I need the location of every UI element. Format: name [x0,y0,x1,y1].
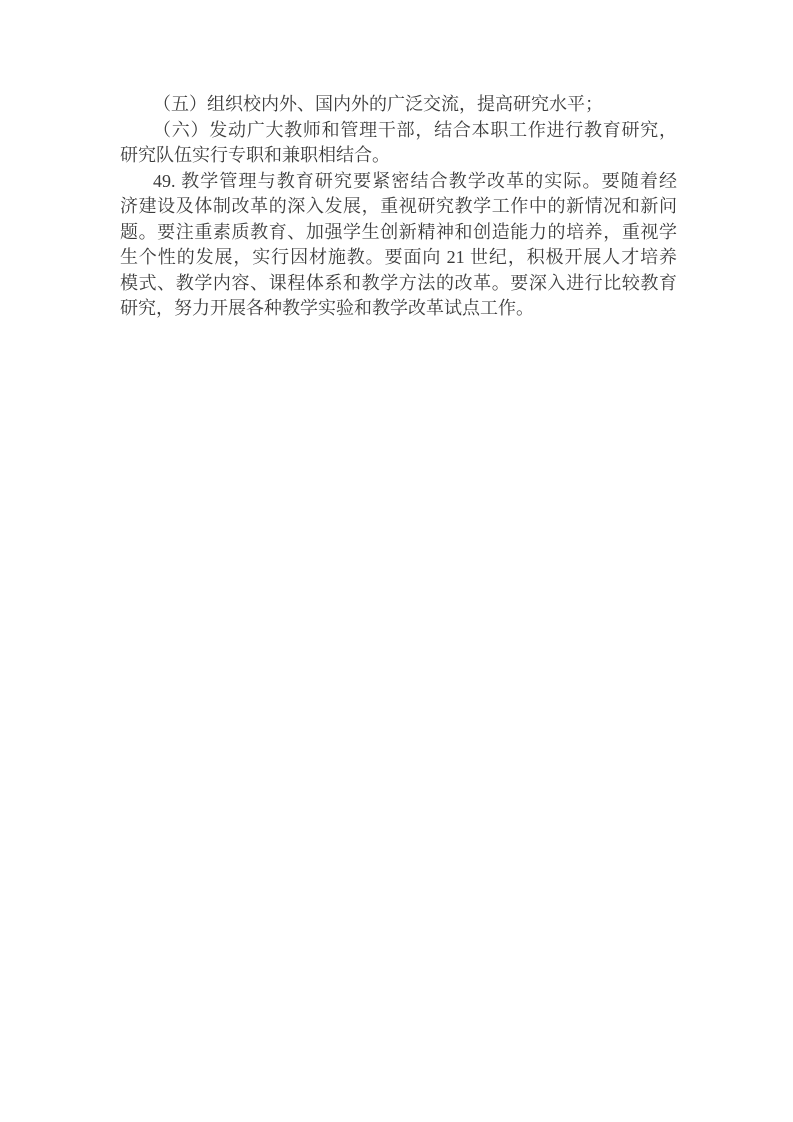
text-block: （五）组织校内外、国内外的广泛交流，提高研究水平； （六）发动广大教师和管理干部… [120,92,677,322]
text-line: （六）发动广大教师和管理干部，结合本职工作进行教育研究， [120,118,677,144]
text-line: 研究队伍实行专职和兼职相结合。 [120,143,677,169]
text-line: （五）组织校内外、国内外的广泛交流，提高研究水平； [120,92,677,118]
text-line: 题。要注重素质教育、加强学生创新精神和创造能力的培养，重视学 [120,220,677,246]
text-line: 研究，努力开展各种教学实验和教学改革试点工作。 [120,296,677,322]
text-line: 模式、教学内容、课程体系和教学方法的改革。要深入进行比较教育 [120,271,677,297]
text-line: 济建设及体制改革的深入发展，重视研究教学工作中的新情况和新问 [120,194,677,220]
text-line: 生个性的发展，实行因材施教。要面向 21 世纪，积极开展人才培养 [120,245,677,271]
document-page: （五）组织校内外、国内外的广泛交流，提高研究水平； （六）发动广大教师和管理干部… [0,0,793,1122]
text-line: 49. 教学管理与教育研究要紧密结合教学改革的实际。要随着经 [120,169,677,195]
